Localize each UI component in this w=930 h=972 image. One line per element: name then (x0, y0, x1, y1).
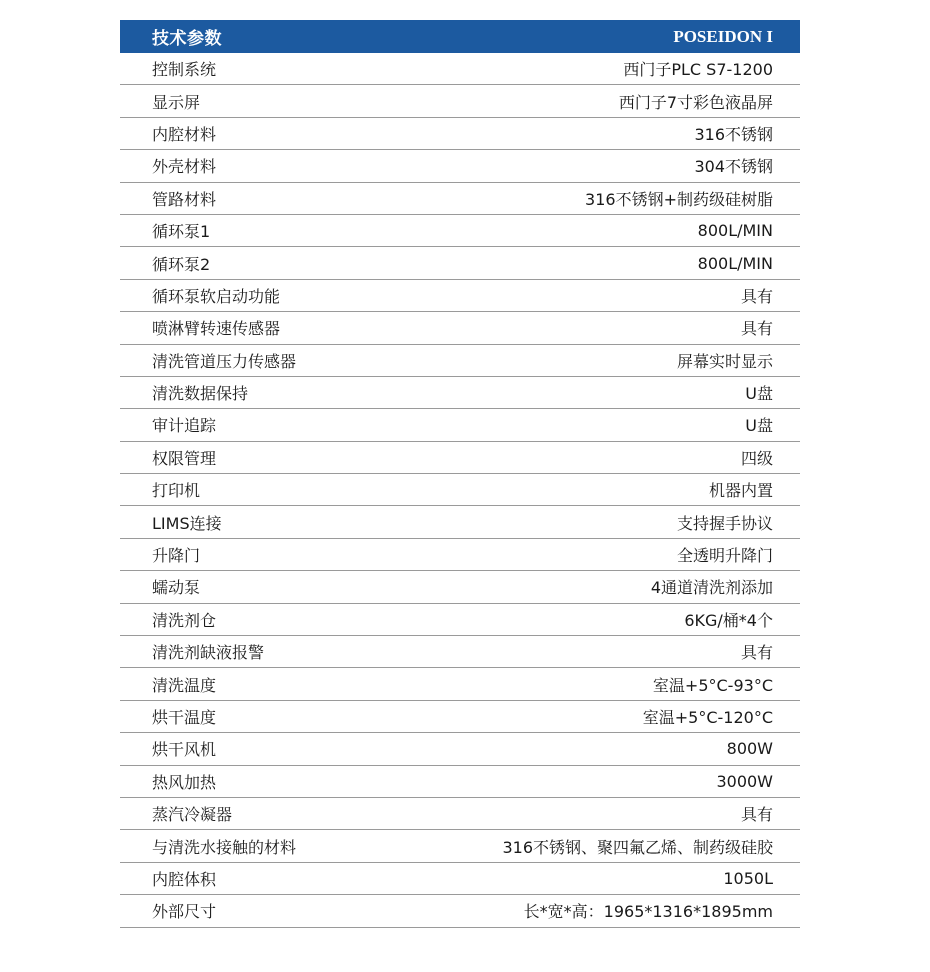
table-row: LIMS连接支持握手协议 (120, 506, 800, 538)
spec-label: 审计追踪 (152, 413, 216, 436)
spec-value: 3000W (716, 772, 773, 791)
table-row: 内腔体积1050L (120, 863, 800, 895)
spec-label: 清洗数据保持 (152, 381, 248, 404)
spec-value: 具有 (741, 802, 773, 825)
table-row: 蠕动泵4通道清洗剂添加 (120, 571, 800, 603)
table-row: 内腔材料316不锈钢 (120, 118, 800, 150)
spec-value: 800W (727, 739, 773, 758)
table-row: 烘干风机800W (120, 733, 800, 765)
spec-value: 316不锈钢+制药级硅树脂 (585, 187, 773, 210)
spec-label: LIMS连接 (152, 511, 222, 534)
spec-label: 蒸汽冷凝器 (152, 802, 232, 825)
spec-value: 800L/MIN (698, 254, 773, 273)
spec-label: 蠕动泵 (152, 575, 200, 598)
spec-value: 屏幕实时显示 (677, 349, 773, 372)
spec-label: 显示屏 (152, 90, 200, 113)
spec-label: 内腔材料 (152, 122, 216, 145)
spec-value: 316不锈钢、聚四氟乙烯、制药级硅胶 (502, 835, 773, 858)
spec-label: 烘干风机 (152, 737, 216, 760)
table-row: 升降门全透明升降门 (120, 539, 800, 571)
spec-label: 权限管理 (152, 446, 216, 469)
table-row: 打印机机器内置 (120, 474, 800, 506)
spec-value: 800L/MIN (698, 221, 773, 240)
spec-table: 技术参数 POSEIDON I 控制系统西门子PLC S7-1200显示屏西门子… (120, 20, 800, 928)
table-row: 清洗剂仓6KG/桶*4个 (120, 604, 800, 636)
table-row: 烘干温度室温+5°C-120°C (120, 701, 800, 733)
spec-value: 4通道清洗剂添加 (651, 575, 773, 598)
table-row: 控制系统西门子PLC S7-1200 (120, 53, 800, 85)
spec-label: 喷淋臂转速传感器 (152, 316, 280, 339)
spec-value: 西门子7寸彩色液晶屏 (619, 90, 773, 113)
spec-value: 机器内置 (709, 478, 773, 501)
table-row: 清洗管道压力传感器屏幕实时显示 (120, 345, 800, 377)
spec-label: 热风加热 (152, 770, 216, 793)
spec-value: 具有 (741, 640, 773, 663)
table-row: 循环泵软启动功能具有 (120, 280, 800, 312)
spec-label: 清洗剂缺液报警 (152, 640, 264, 663)
table-row: 外部尺寸长*宽*高：1965*1316*1895mm (120, 895, 800, 927)
table-row: 权限管理四级 (120, 442, 800, 474)
spec-label: 管路材料 (152, 187, 216, 210)
spec-value: 1050L (723, 869, 773, 888)
table-row: 热风加热3000W (120, 766, 800, 798)
table-header: 技术参数 POSEIDON I (120, 20, 800, 53)
spec-label: 外壳材料 (152, 154, 216, 177)
table-row: 喷淋臂转速传感器具有 (120, 312, 800, 344)
spec-label: 打印机 (152, 478, 200, 501)
table-row: 清洗数据保持U盘 (120, 377, 800, 409)
spec-value: 支持握手协议 (677, 511, 773, 534)
table-row: 外壳材料304不锈钢 (120, 150, 800, 182)
spec-value: 长*宽*高：1965*1316*1895mm (524, 899, 773, 922)
spec-label: 与清洗水接触的材料 (152, 835, 296, 858)
header-title: 技术参数 (152, 24, 222, 49)
table-row: 管路材料316不锈钢+制药级硅树脂 (120, 183, 800, 215)
spec-value: 室温+5°C-93°C (653, 673, 773, 696)
spec-value: 四级 (741, 446, 773, 469)
spec-label: 清洗剂仓 (152, 608, 216, 631)
spec-value: 304不锈钢 (694, 154, 773, 177)
spec-label: 循环泵软启动功能 (152, 284, 280, 307)
table-body: 控制系统西门子PLC S7-1200显示屏西门子7寸彩色液晶屏内腔材料316不锈… (120, 53, 800, 928)
table-row: 审计追踪U盘 (120, 409, 800, 441)
table-row: 与清洗水接触的材料316不锈钢、聚四氟乙烯、制药级硅胶 (120, 830, 800, 862)
table-row: 循环泵1800L/MIN (120, 215, 800, 247)
spec-value: 西门子PLC S7-1200 (623, 57, 773, 80)
spec-value: 具有 (741, 284, 773, 307)
spec-value: 具有 (741, 316, 773, 339)
spec-label: 清洗温度 (152, 673, 216, 696)
table-row: 清洗温度室温+5°C-93°C (120, 668, 800, 700)
spec-label: 清洗管道压力传感器 (152, 349, 296, 372)
spec-value: U盘 (745, 413, 773, 436)
spec-label: 烘干温度 (152, 705, 216, 728)
spec-label: 控制系统 (152, 57, 216, 80)
table-row: 清洗剂缺液报警具有 (120, 636, 800, 668)
spec-label: 内腔体积 (152, 867, 216, 890)
table-row: 循环泵2800L/MIN (120, 247, 800, 279)
spec-value: 6KG/桶*4个 (684, 608, 773, 631)
spec-label: 升降门 (152, 543, 200, 566)
table-row: 显示屏西门子7寸彩色液晶屏 (120, 85, 800, 117)
spec-value: 室温+5°C-120°C (643, 705, 773, 728)
table-row: 蒸汽冷凝器具有 (120, 798, 800, 830)
spec-label: 循环泵1 (152, 219, 210, 242)
header-model: POSEIDON I (673, 27, 773, 47)
spec-value: U盘 (745, 381, 773, 404)
spec-value: 316不锈钢 (694, 122, 773, 145)
spec-label: 循环泵2 (152, 252, 210, 275)
spec-label: 外部尺寸 (152, 899, 216, 922)
spec-value: 全透明升降门 (677, 543, 773, 566)
